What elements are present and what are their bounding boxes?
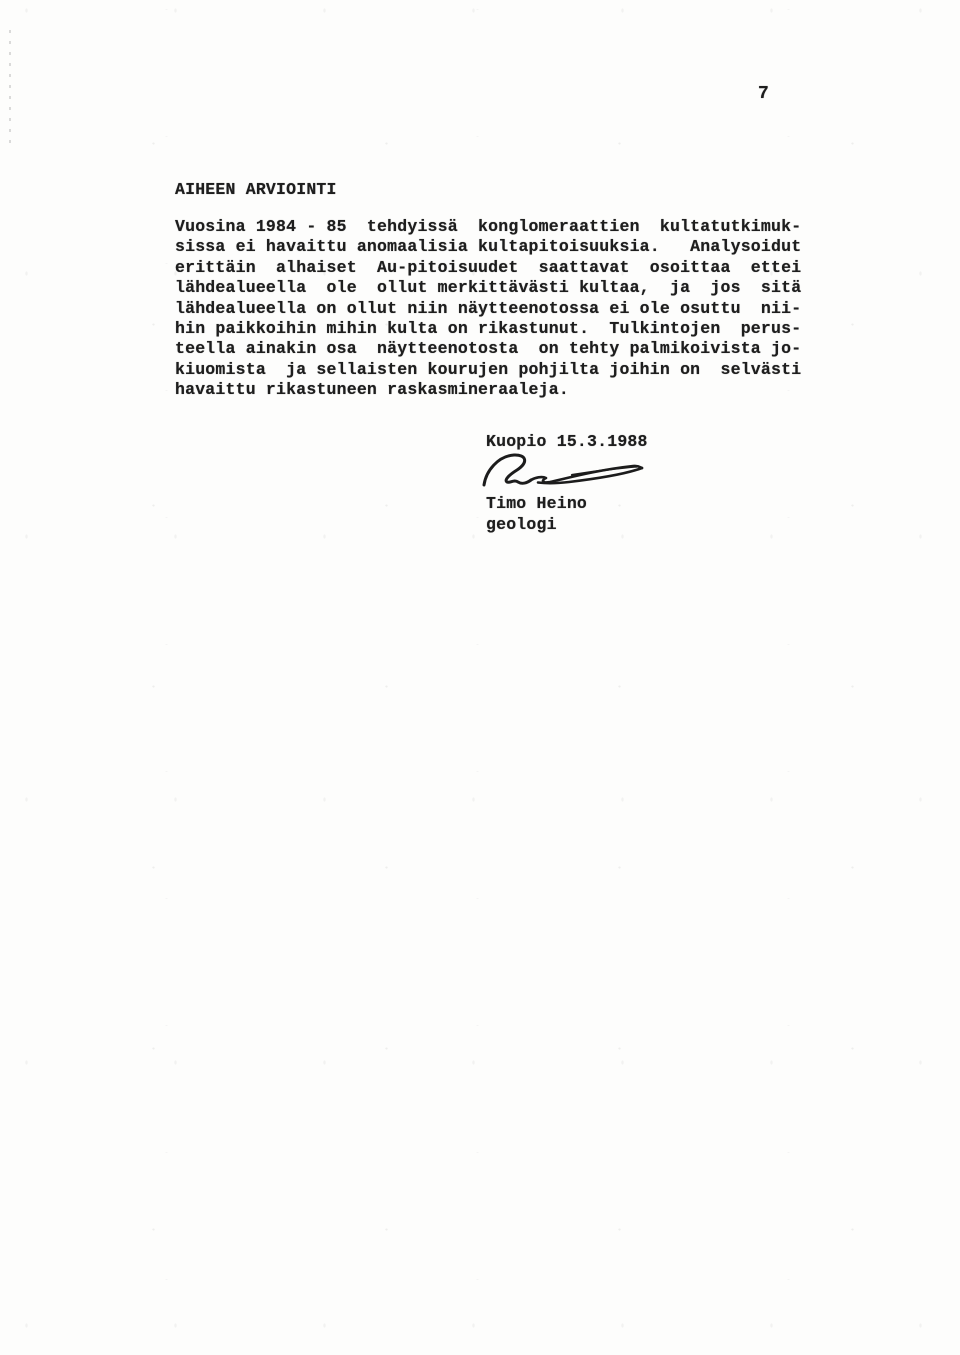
page-number: 7 [758, 84, 769, 104]
scanned-page-background [0, 0, 960, 1355]
signer-name: Timo Heino [486, 494, 587, 513]
body-paragraph: Vuosina 1984 - 85 tehdyissä konglomeraat… [175, 217, 801, 401]
signer-title: geologi [486, 515, 557, 534]
document-heading: AIHEEN ARVIOINTI [175, 180, 337, 199]
scan-edge-artifacts [9, 30, 11, 150]
signature-scribble-icon [476, 451, 648, 497]
place-and-date: Kuopio 15.3.1988 [486, 432, 648, 451]
